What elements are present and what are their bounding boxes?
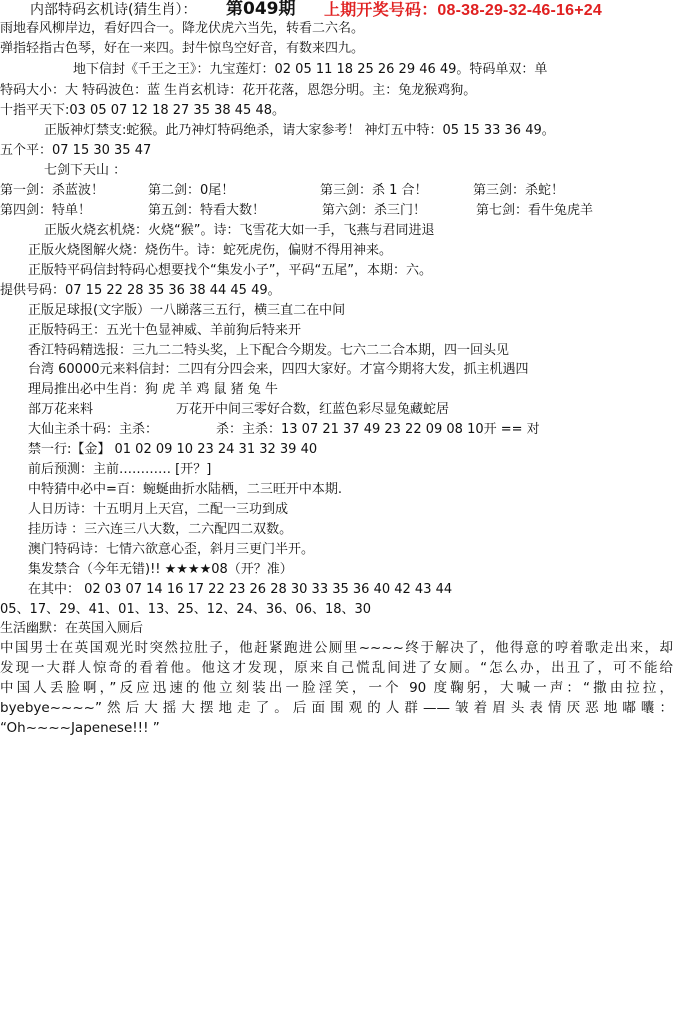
sure-hit: 中特猜中必中=百：蜿蜒曲折水陆栖，二三旺开中本期. [28,481,342,499]
five-flat: 五个平：07 15 30 35 47 [0,142,151,160]
poem-line-1: 雨地春风柳岸边，看好四合一。降龙伏虎六当先，转看二六名。 [0,20,364,38]
fire-diagram: 正版火烧图解火烧：烧伤牛。诗：蛇死虎伤，偏财不得用神来。 [28,242,392,260]
seven-swords-title: 七剑下天山 ： [44,162,126,180]
humor-story: 中国男士在英国观光时突然拉肚子，他赶紧跑进公厕里~~~~终于解决了，他得意的哼着… [0,638,673,738]
sword-3b: 第三剑：杀蛇！ [473,182,564,200]
humor-line-5: “Oh~~~~Japenese!!! ” [0,718,673,738]
humor-line-3: 中国人丢脸啊，”反应迅速的他立刻装出一脸淫笑，一个 90 度鞠躬，大喊一声：“撒… [0,678,673,698]
zodiac-picks: 理局推出必中生肖：狗 虎 羊 鸡 鼠 猪 兔 牛 [28,381,278,399]
forbidden-combo: 集发禁合（今年无错)!! ★★★★08（开？准） [28,561,293,579]
humor-line-1: 中国男士在英国观光时突然拉肚子，他赶紧跑进公厕里~~~~终于解决了，他得意的哼着… [0,638,673,658]
page-title: 内部特码玄机诗(猜生肖）： [30,0,196,20]
flower-source-label: 部万花来料 [28,401,93,419]
provided-numbers: 提供号码：07 15 22 28 35 36 38 44 45 49。 [0,282,281,300]
poem-line-2: 弹指轻指古色琴，好在一来四。封牛惊鸟空好音，有数来四九。 [0,40,364,58]
flat-code-envelope: 正版特平码信封特码心想要找个“集发小子”，平码“五尾”，本期：六。 [28,262,432,280]
underground-envelope: 地下信封《千王之王》：九宝莲灯：02 05 11 18 25 26 29 46 … [73,61,547,79]
taiwan-envelope: 台湾 60000元来料信封：二四有分四会来，四四大家好。才富今期将大发，抓主机遇… [28,361,529,379]
fire-riddle: 正版火烧玄机烧：火烧“猴”。诗：飞雪花大如一手，飞燕与君同进退 [44,222,434,240]
sword-1: 第一剑：杀蓝波！ [0,182,104,200]
macau-poem: 澳门特码诗：七情六欲意心歪，斜月三更门半开。 [28,541,314,559]
ten-fingers: 十指平天下:03 05 07 12 18 27 35 38 45 48。 [0,102,285,120]
immortal-kill-numbers: 杀：主杀：13 07 21 37 49 23 22 09 08 10开 == 对 [216,421,540,439]
calendar-poem: 人日历诗：十五明月上天宫，二配一三功到成 [28,501,288,519]
number-sequence: 05、17、29、41、01、13、25、12、24、36、06、18、30 [0,601,371,619]
hongkong-selection: 香江特码精选报：三九二二特头奖，上下配合今期发。七六二二合本期，四一回头见 [28,342,509,360]
sword-6: 第六剑：杀三门！ [322,202,426,220]
special-code-size: 特码大小：大 特码波色：蓝 生肖玄机诗：花开花落，恩怨分明。主：兔龙猴鸡狗。 [0,82,476,100]
football-news: 正版足球报(文字版）一八睇落三五行，横三直二在中间 [28,302,345,320]
issue-number: 第049期 [226,0,296,20]
sword-4: 第四剑：特单！ [0,202,91,220]
last-draw-result: 上期开奖号码：08-38-29-32-46-16+24 [324,0,602,22]
front-back-forecast: 前后预测：主前………… [开？] [28,461,211,479]
flower-source-text: 万花开中间三零好合数，红蓝色彩尽显兔藏蛇居 [176,401,449,419]
magic-lamp: 正版神灯禁支:蛇猴。此乃神灯特码绝杀，请大家参考！ 神灯五中特：05 15 33… [44,122,555,140]
among-numbers: 在其中： 02 03 07 14 16 17 22 23 26 28 30 33… [28,581,452,599]
special-code-king: 正版特码王：五光十色显神威、羊前狗后特来开 [28,322,301,340]
humor-line-4: byebye~~~~”然后大摇大摆地走了。后面围观的人群——皱着眉头表情厌恶地嘟… [0,698,673,718]
last-draw-numbers: 08-38-29-32-46-16+24 [437,2,602,19]
humor-line-2: 发现一大群人惊奇的看着他。他这才发现，原来自己慌乱间进了女厕。“怎么办，出丑了，… [0,658,673,678]
sword-3: 第三剑：杀 1 合！ [320,182,428,200]
humor-title: 生活幽默：在英国入厕后 [0,620,143,638]
sword-7: 第七剑：看牛兔虎羊 [476,202,593,220]
sword-2: 第二剑：0尾！ [148,182,234,200]
hanging-calendar-poem: 挂历诗 ：三六连三八大数，二六配四二双数。 [28,521,292,539]
immortal-kill-label: 大仙主杀十码：主杀： [28,421,158,439]
sword-5: 第五剑：特看大数！ [148,202,265,220]
last-draw-label: 上期开奖号码： [324,2,437,19]
forbidden-row: 禁一行:【金】 01 02 09 10 23 24 31 32 39 40 [28,441,317,459]
